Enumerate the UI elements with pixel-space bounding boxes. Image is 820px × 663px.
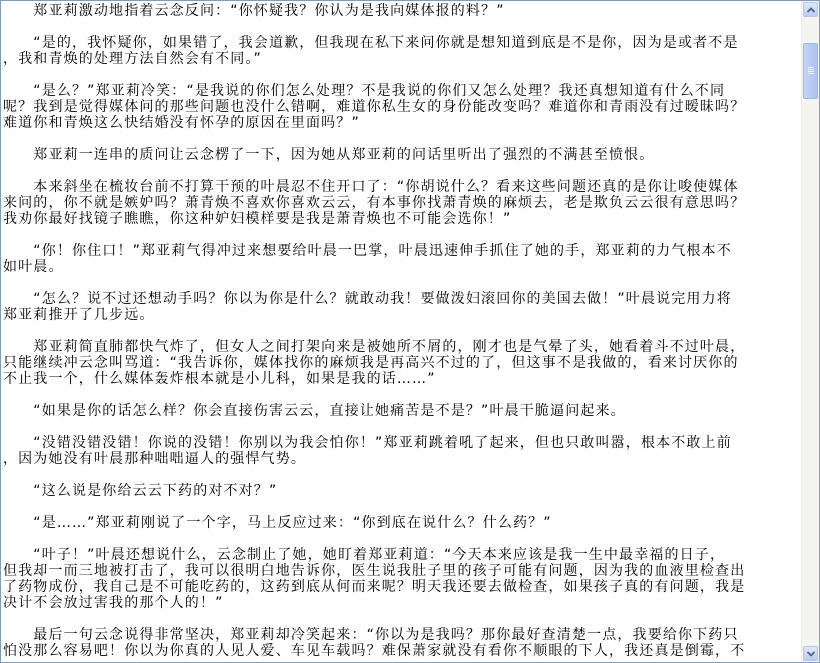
paragraph: 郑亚莉一连串的质问让云念楞了一下，因为她从郑亚莉的问话里听出了强烈的不满甚至愤恨…	[3, 147, 783, 163]
paragraph: 郑亚莉激动地指着云念反问：“你怀疑我？你认为是我向媒体报的料？”	[3, 3, 783, 19]
text-line: 郑亚莉推开了几步远。	[3, 307, 783, 323]
paragraph: “你！你住口！”郑亚莉气得冲过来想要给叶晨一巴掌，叶晨迅速伸手抓住了她的手，郑亚…	[3, 243, 783, 275]
text-line: “这么说是你给云云下药的对不对？”	[3, 483, 783, 499]
grip-line	[808, 67, 814, 68]
paragraph: 郑亚莉简直肺都快气炸了，但女人之间打架向来是被她所不屑的，刚才也是气晕了头，她看…	[3, 339, 783, 387]
paragraph: “如果是你的话怎么样？你会直接伤害云云，直接让她痛苦是不是？”叶晨干脆逼问起来。	[3, 403, 783, 419]
text-line: “如果是你的话怎么样？你会直接伤害云云，直接让她痛苦是不是？”叶晨干脆逼问起来。	[3, 403, 783, 419]
text-line: 怕没那么容易吧！你以为你真的人见人爱、车见车载吗？难保萧家就没有看你不顺眼的下人…	[3, 643, 783, 659]
chevron-down-icon	[807, 651, 815, 657]
paragraph: 本来斜坐在梳妆台前不打算干预的叶晨忍不住开口了：“你胡说什么？看来这些问题还真的…	[3, 179, 783, 227]
text-line: 郑亚莉简直肺都快气炸了，但女人之间打架向来是被她所不屑的，刚才也是气晕了头，她看…	[3, 339, 783, 355]
text-line: ，因为她没有叶晨那种咄咄逼人的强悍气势。	[3, 451, 783, 467]
scroll-up-button[interactable]	[803, 2, 818, 17]
text-line: 最后一句云念说得非常坚决，郑亚莉却冷笑起来：“你以为是我吗？那你最好查清楚一点，…	[3, 627, 783, 643]
grip-line	[808, 69, 814, 70]
text-line: 了药物成份，我自己是不可能吃药的，这药到底从何而来呢？明天我还要去做检查，如果孩…	[3, 579, 783, 595]
text-line: 本来斜坐在梳妆台前不打算干预的叶晨忍不住开口了：“你胡说什么？看来这些问题还真的…	[3, 179, 783, 195]
text-viewer-window: 郑亚莉激动地指着云念反问：“你怀疑我？你认为是我向媒体报的料？” “是的，我怀疑…	[0, 0, 820, 663]
text-line: 但我却一而三地被打击了，我可以很明白地告诉你，医生说我肚子里的孩子可能有问题，因…	[3, 563, 783, 579]
text-line: “是的，我怀疑你，如果错了，我会道歉，但我现在私下来问你就是想知道到底是不是你，…	[3, 35, 783, 51]
paragraph: “是……”郑亚莉刚说了一个字，马上反应过来：“你到底在说什么？什么药？”	[3, 515, 783, 531]
text-line: 难道你和青焕这么快结婚没有怀孕的原因在里面吗？”	[3, 115, 783, 131]
text-line: “是么？”郑亚莉冷笑：“是我说的你们怎么处理？不是我说的你们又怎么处理？我还真想…	[3, 83, 783, 99]
paragraph: “这么说是你给云云下药的对不对？”	[3, 483, 783, 499]
text-line: 来问的，你不就是嫉妒吗？萧青焕不喜欢你喜欢云云，有本事你找萧青焕的麻烦去，老是欺…	[3, 195, 783, 211]
text-line: 我劝你最好找镜子瞧瞧，你这种妒妇模样要是我是萧青焕也不可能会选你！”	[3, 211, 783, 227]
paragraph: “是的，我怀疑你，如果错了，我会道歉，但我现在私下来问你就是想知道到底是不是你，…	[3, 35, 783, 67]
text-line: “没错没错没错！你说的没错！你别以为我会怕你！”郑亚莉跳着吼了起来，但也只敢叫嚣…	[3, 435, 783, 451]
text-line: 郑亚莉激动地指着云念反问：“你怀疑我？你认为是我向媒体报的料？”	[3, 3, 783, 19]
vertical-scrollbar[interactable]	[801, 1, 819, 662]
text-line: “叶子！”叶晨还想说什么，云念制止了她，她盯着郑亚莉道：“今天本来应该是我一生中…	[3, 547, 783, 563]
text-line: 如叶晨。	[3, 259, 783, 275]
text-line: 郑亚莉一连串的质问让云念楞了一下，因为她从郑亚莉的问话里听出了强烈的不满甚至愤恨…	[3, 147, 783, 163]
grip-line	[808, 73, 814, 74]
text-line: 不止我一个，什么媒体轰炸根本就是小儿科，如果是我的话……”	[3, 371, 783, 387]
paragraph: “叶子！”叶晨还想说什么，云念制止了她，她盯着郑亚莉道：“今天本来应该是我一生中…	[3, 547, 783, 611]
paragraph: “是么？”郑亚莉冷笑：“是我说的你们怎么处理？不是我说的你们又怎么处理？我还真想…	[3, 83, 783, 131]
paragraph: “没错没错没错！你说的没错！你别以为我会怕你！”郑亚莉跳着吼了起来，但也只敢叫嚣…	[3, 435, 783, 467]
scroll-down-button[interactable]	[803, 646, 818, 661]
paragraph: “怎么？说不过还想动手吗？你以为你是什么？就敢动我！要做泼妇滚回你的美国去做！”…	[3, 291, 783, 323]
text-line: “怎么？说不过还想动手吗？你以为你是什么？就敢动我！要做泼妇滚回你的美国去做！”…	[3, 291, 783, 307]
text-line: 决计不会放过害我的那个人的！”	[3, 595, 783, 611]
paragraph: 最后一句云念说得非常坚决，郑亚莉却冷笑起来：“你以为是我吗？那你最好查清楚一点，…	[3, 627, 783, 659]
text-line: ，我和青焕的处理方法自然会有不同。”	[3, 51, 783, 67]
text-line: 呢？我到是觉得媒体问的那些问题也没什么错啊，难道你私生女的身份能改变吗？难道你和…	[3, 99, 783, 115]
document-content: 郑亚莉激动地指着云念反问：“你怀疑我？你认为是我向媒体报的料？” “是的，我怀疑…	[3, 3, 783, 663]
text-line: 只能继续冲云念叫骂道：“我告诉你，媒体找你的麻烦我是再高兴不过的了，但这事不是我…	[3, 355, 783, 371]
scrollbar-thumb[interactable]	[803, 43, 818, 99]
grip-line	[808, 71, 814, 72]
chevron-up-icon	[807, 7, 815, 13]
text-line: “是……”郑亚莉刚说了一个字，马上反应过来：“你到底在说什么？什么药？”	[3, 515, 783, 531]
text-line: “你！你住口！”郑亚莉气得冲过来想要给叶晨一巴掌，叶晨迅速伸手抓住了她的手，郑亚…	[3, 243, 783, 259]
